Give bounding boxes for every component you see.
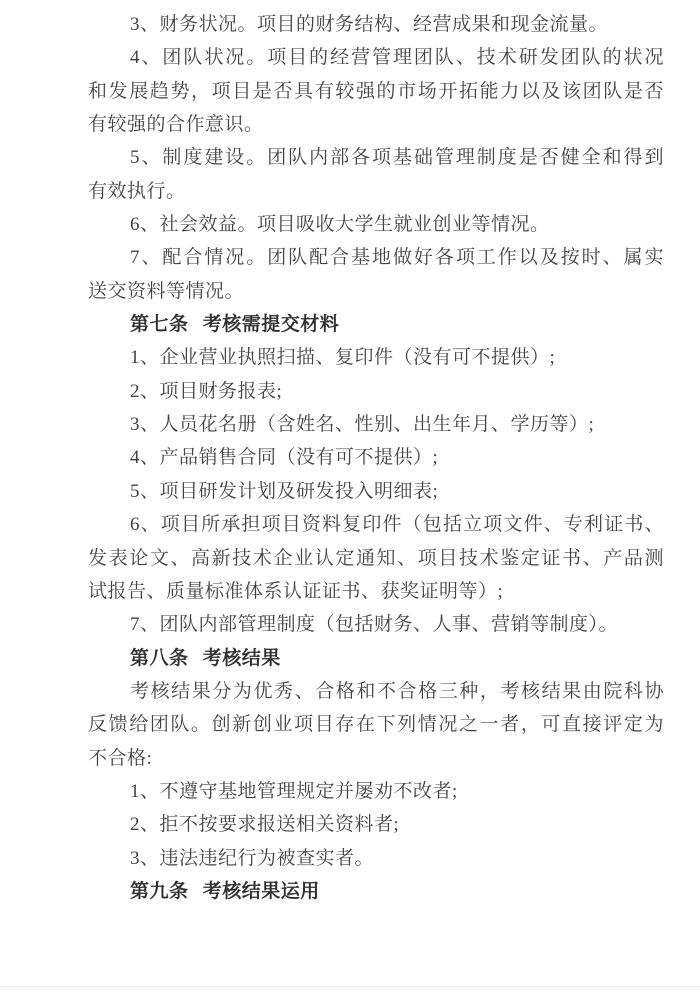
text-line: 3、违法违纪行为被查实者。: [88, 842, 664, 875]
paragraph-material-5: 5、项目研发计划及研发投入明细表;: [88, 475, 664, 508]
text-line: 考核结果分为优秀、合格和不合格三种，考核结果由院科协: [88, 675, 664, 708]
paragraph-material-6: 6、项目所承担项目资料复印件（包括立项文件、专利证书、 发表论文、高新技术企业认…: [88, 508, 664, 608]
text-line: 1、不遵守基地管理规定并屡劝不改者;: [88, 775, 664, 808]
text-line: 有较强的合作意识。: [88, 108, 664, 141]
paragraph-material-7: 7、团队内部管理制度（包括财务、人事、营销等制度）。: [88, 608, 664, 641]
paragraph-material-4: 4、产品销售合同（没有可不提供）;: [88, 441, 664, 474]
text-line: 3、财务状况。项目的财务结构、经营成果和现金流量。: [88, 8, 664, 41]
paragraph-system-building: 5、制度建设。团队内部各项基础管理制度是否健全和得到 有效执行。: [88, 141, 664, 208]
page-bottom-edge: [0, 986, 700, 990]
heading-line: 第九条 考核结果运用: [88, 875, 664, 908]
paragraph-finance-status: 3、财务状况。项目的财务结构、经营成果和现金流量。: [88, 8, 664, 41]
section-heading-article-9: 第九条 考核结果运用: [88, 875, 664, 908]
paragraph-material-2: 2、项目财务报表;: [88, 375, 664, 408]
paragraph-result-description: 考核结果分为优秀、合格和不合格三种，考核结果由院科协 反馈给团队。创新创业项目存…: [88, 675, 664, 775]
document-page: 3、财务状况。项目的财务结构、经营成果和现金流量。 4、团队状况。项目的经营管理…: [0, 0, 700, 990]
text-line: 6、社会效益。项目吸收大学生就业创业等情况。: [88, 208, 664, 241]
heading-line: 第七条 考核需提交材料: [88, 308, 664, 341]
text-line: 发表论文、高新技术企业认定通知、项目技术鉴定证书、产品测: [88, 542, 664, 575]
text-line: 2、项目财务报表;: [88, 375, 664, 408]
section-heading-article-8: 第八条 考核结果: [88, 642, 664, 675]
heading-line: 第八条 考核结果: [88, 642, 664, 675]
text-line: 7、团队内部管理制度（包括财务、人事、营销等制度）。: [88, 608, 664, 641]
paragraph-social-benefit: 6、社会效益。项目吸收大学生就业创业等情况。: [88, 208, 664, 241]
text-line: 试报告、质量标准体系认证证书、获奖证明等）;: [88, 575, 664, 608]
text-line: 4、团队状况。项目的经营管理团队、技术研发团队的状况: [88, 41, 664, 74]
text-line: 1、企业营业执照扫描、复印件（没有可不提供）;: [88, 341, 664, 374]
paragraph-team-status: 4、团队状况。项目的经营管理团队、技术研发团队的状况 和发展趋势，项目是否具有较…: [88, 41, 664, 141]
text-line: 3、人员花名册（含姓名、性别、出生年月、学历等）;: [88, 408, 664, 441]
text-line: 有效执行。: [88, 175, 664, 208]
section-heading-article-7: 第七条 考核需提交材料: [88, 308, 664, 341]
text-line: 和发展趋势，项目是否具有较强的市场开拓能力以及该团队是否: [88, 75, 664, 108]
text-line: 4、产品销售合同（没有可不提供）;: [88, 441, 664, 474]
text-line: 5、项目研发计划及研发投入明细表;: [88, 475, 664, 508]
text-block: 3、财务状况。项目的财务结构、经营成果和现金流量。 4、团队状况。项目的经营管理…: [88, 8, 664, 908]
text-line: 反馈给团队。创新创业项目存在下列情况之一者，可直接评定为: [88, 708, 664, 741]
paragraph-fail-condition-3: 3、违法违纪行为被查实者。: [88, 842, 664, 875]
text-line: 5、制度建设。团队内部各项基础管理制度是否健全和得到: [88, 141, 664, 174]
text-line: 2、拒不按要求报送相关资料者;: [88, 808, 664, 841]
paragraph-fail-condition-1: 1、不遵守基地管理规定并屡劝不改者;: [88, 775, 664, 808]
text-line: 不合格:: [88, 742, 664, 775]
paragraph-cooperation: 7、配合情况。团队配合基地做好各项工作以及按时、属实 送交资料等情况。: [88, 241, 664, 308]
paragraph-material-1: 1、企业营业执照扫描、复印件（没有可不提供）;: [88, 341, 664, 374]
text-line: 6、项目所承担项目资料复印件（包括立项文件、专利证书、: [88, 508, 664, 541]
paragraph-fail-condition-2: 2、拒不按要求报送相关资料者;: [88, 808, 664, 841]
text-line: 送交资料等情况。: [88, 275, 664, 308]
paragraph-material-3: 3、人员花名册（含姓名、性别、出生年月、学历等）;: [88, 408, 664, 441]
text-line: 7、配合情况。团队配合基地做好各项工作以及按时、属实: [88, 241, 664, 274]
